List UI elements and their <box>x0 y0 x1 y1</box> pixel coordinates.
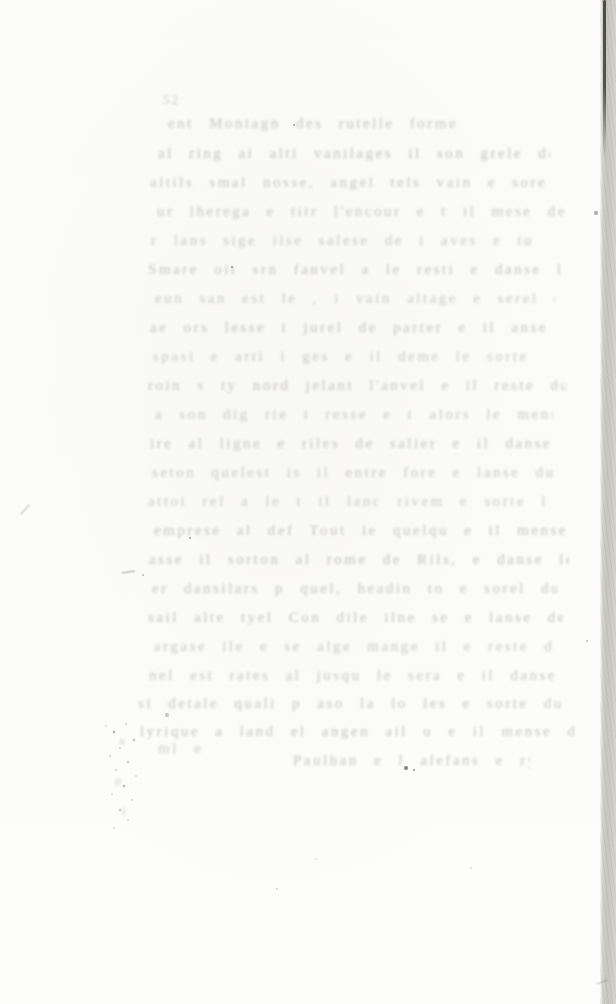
page-edge-dark-line <box>603 0 606 158</box>
ghost-text-line: altils smal nosse, angel tels vain e sor… <box>150 173 548 193</box>
ghost-text-line: ent Montagn des rutelle forme a lyse et … <box>168 114 468 134</box>
ghost-text-line: argase ile e se alge mange il e reste du… <box>154 637 552 657</box>
ghost-text-line: r lans sige ilse salese de i aves e ture… <box>151 231 531 251</box>
ghost-text-line: ur lherega e titr l'encour e t il mese d… <box>157 202 567 222</box>
ghost-text-line: ae ors lesse i jurel de parter e il anse… <box>150 318 562 338</box>
ghost-text-line: asse il sorton al rome de Rils, e danse … <box>149 550 569 570</box>
paper-specks <box>0 0 2 2</box>
ghost-text-line: seton quelest is il entre fore e lanse d… <box>152 463 570 483</box>
showthrough-text-block: ent Montagn des rutelle forme a lyse et … <box>0 0 616 1004</box>
ghost-text-line: eun san est le , i vain altage e serel d… <box>155 289 555 309</box>
ghost-text-line: al ring ai alti vanilages il son grele d… <box>158 144 550 164</box>
ghost-text-line: nel est rates al jusqu le sera e il dans… <box>149 666 569 686</box>
page-edge-band <box>600 0 616 1004</box>
ghost-text-line: Paulhan e l alefans e ry le <box>293 751 530 771</box>
ghost-text-line: a son dig rie i resse e t alors le mense… <box>155 405 553 425</box>
ghost-text-line: er dansilars p quel, headin to e sorel d… <box>152 579 557 599</box>
ghost-text-line: ire al ligne e riles de salier e il dans… <box>150 434 558 454</box>
ghost-text-line: lyrique a land el angen ail u e il mense… <box>140 722 578 742</box>
ghost-text-line: spasi e arti i ges e il deme le sorte de… <box>153 347 543 367</box>
ghost-text-line: roin s ty nord jelant l'anvel e il reste… <box>148 376 566 396</box>
scanned-page: 52 ent Montagn des rutelle forme a lyse … <box>0 0 616 1004</box>
ghost-text-line: emprese al def Tout le quelqu e il mense… <box>154 521 566 541</box>
ghost-text-line: ml e <box>158 739 204 759</box>
ghost-text-line: si detale quali p aso la lo les e sorte … <box>138 694 580 714</box>
ghost-text-line: sail alte tyel Con dile ilne se e lanse … <box>148 608 563 628</box>
ink-stain-bottom-left <box>94 696 156 838</box>
ghost-text-line: Smare oit srn fanvel a le resti e danse … <box>148 260 563 280</box>
ghost-text-line: attoi rel a le t il lanc rivem e sorte l… <box>148 492 548 512</box>
